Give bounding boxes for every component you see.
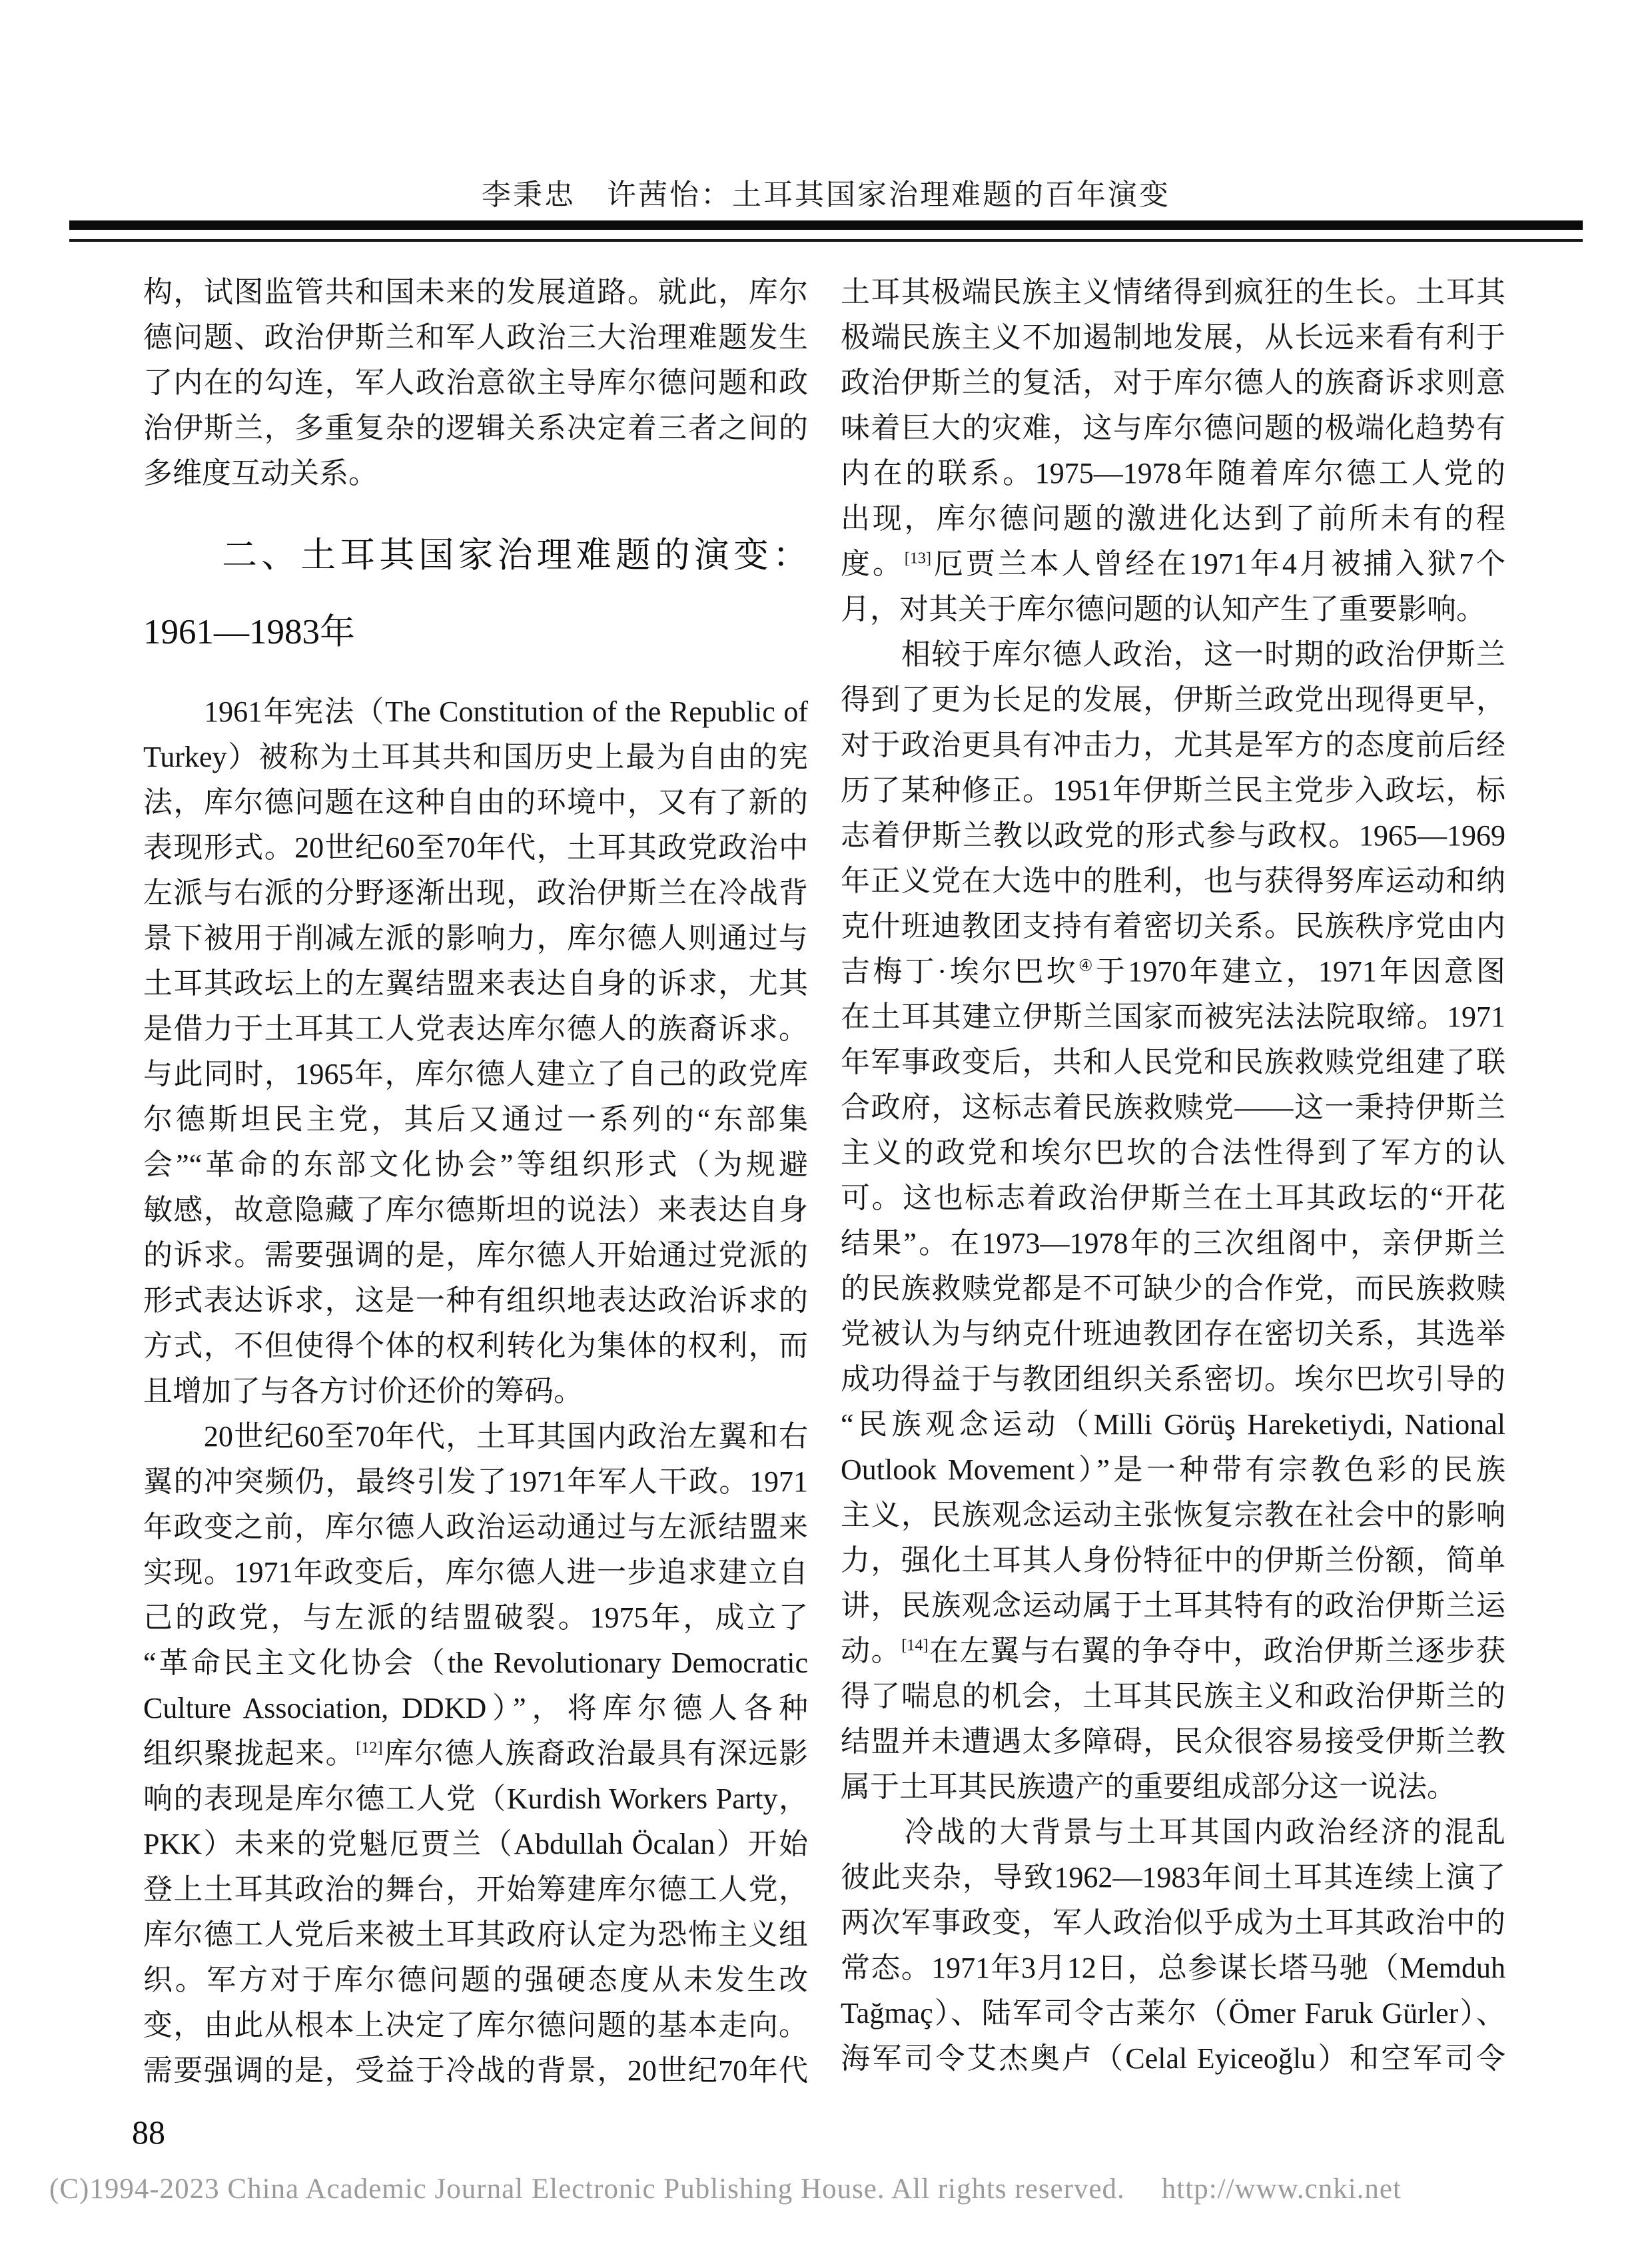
text-line: 力，强化土耳其人身份特征中的伊斯兰份额，简单 — [841, 1538, 1505, 1583]
text-line: 冷战的大背景与土耳其国内政治经济的混乱 — [841, 1810, 1505, 1855]
text-line: 得了喘息的机会，土耳其民族主义和政治伊斯兰的 — [841, 1674, 1505, 1719]
text-line: 得到了更为长足的发展，伊斯兰政党出现得更早， — [841, 677, 1505, 723]
text-line: “革命民主文化协会（the Revolutionary Democratic — [143, 1641, 808, 1686]
text-line: 方式，不但使得个体的权利转化为集体的权利，而 — [143, 1323, 808, 1369]
paragraph: 相较于库尔德人政治，这一时期的政治伊斯兰得到了更为长足的发展，伊斯兰政党出现得更… — [841, 632, 1505, 1810]
text-line: 左派与右派的分野逐渐出现，政治伊斯兰在冷战背 — [143, 871, 808, 916]
page-header-title: 李秉忠 许茜怡：土耳其国家治理难题的百年演变 — [0, 171, 1652, 213]
paragraph: 冷战的大背景与土耳其国内政治经济的混乱彼此夹杂，导致1962—1983年间土耳其… — [841, 1810, 1505, 2081]
paragraph: 1961年宪法（The Constitution of the Republic… — [143, 689, 808, 1414]
text-line: 常态。1971年3月12日，总参谋长塔马驰（Memduh — [841, 1946, 1505, 1991]
text-line: 历了某种修正。1951年伊斯兰民主党步入政坛，标 — [841, 768, 1505, 813]
text-line: Outlook Movement）”是一种带有宗教色彩的民族 — [841, 1447, 1505, 1493]
text-line: 会”“革命的东部文化协会”等组织形式（为规避 — [143, 1142, 808, 1188]
text-line: 年政变之前，库尔德人政治运动通过与左派结盟来 — [143, 1505, 808, 1550]
text-line: 极端民族主义不加遏制地发展，从长远来看有利于 — [841, 315, 1505, 360]
text-line: 是借力于土耳其工人党表达库尔德人的族裔诉求。 — [143, 1006, 808, 1052]
copyright-notice: (C)1994-2023 China Academic Journal Elec… — [49, 2173, 1125, 2205]
text-line: 且增加了与各方讨价还价的筹码。 — [143, 1369, 808, 1414]
text-line: 志着伊斯兰教以政党的形式参与政权。1965—1969 — [841, 813, 1505, 859]
text-line: 构，试图监管共和国未来的发展道路。就此，库尔 — [143, 270, 808, 315]
header-rule-thin — [69, 239, 1583, 242]
text-line: 讲，民族观念运动属于土耳其特有的政治伊斯兰运 — [841, 1583, 1505, 1629]
text-line: 内在的联系。1975—1978年随着库尔德工人党的 — [841, 451, 1505, 496]
text-line: 与此同时，1965年，库尔德人建立了自己的政党库 — [143, 1052, 808, 1097]
footer-copyright-line: (C)1994-2023 China Academic Journal Elec… — [49, 2173, 1402, 2205]
header-rule-thick — [69, 220, 1583, 230]
text-line: 年军事政变后，共和人民党和民族救赎党组建了联 — [841, 1040, 1505, 1085]
text-line: 年正义党在大选中的胜利，也与获得努库运动和纳 — [841, 859, 1505, 904]
cnki-url: http://www.cnki.net — [1162, 2173, 1402, 2205]
text-line: 织。军方对于库尔德问题的强硬态度从未发生改 — [143, 1958, 808, 2003]
footnote-marker: [14] — [901, 1636, 928, 1654]
text-line: 可。这也标志着政治伊斯兰在土耳其政坛的“开花 — [841, 1176, 1505, 1221]
text-line: PKK）未来的党魁厄贾兰（Abdullah Öcalan）开始 — [143, 1822, 808, 1867]
text-line: 属于土耳其民族遗产的重要组成部分这一说法。 — [841, 1764, 1505, 1810]
text-line: Tağmaç）、陆军司令古莱尔（Ömer Faruk Gürler）、 — [841, 1991, 1505, 2036]
paragraph: 土耳其极端民族主义情绪得到疯狂的生长。土耳其极端民族主义不加遏制地发展，从长远来… — [841, 270, 1505, 632]
text-line: 1961年宪法（The Constitution of the Republic… — [143, 689, 808, 735]
text-line: 形式表达诉求，这是一种有组织地表达政治诉求的 — [143, 1278, 808, 1323]
text-line: 治伊斯兰，多重复杂的逻辑关系决定着三者之间的 — [143, 406, 808, 451]
text-line: 彼此夹杂，导致1962—1983年间土耳其连续上演了 — [841, 1855, 1505, 1900]
text-line: 敏感，故意隐藏了库尔德斯坦的说法）来表达自身 — [143, 1188, 808, 1233]
text-line: 在土耳其建立伊斯兰国家而被宪法法院取缔。1971 — [841, 994, 1505, 1040]
paragraph: 构，试图监管共和国未来的发展道路。就此，库尔德问题、政治伊斯兰和军人政治三大治理… — [143, 270, 808, 496]
text-line: 主义，民族观念运动主张恢复宗教在社会中的影响 — [841, 1493, 1505, 1538]
text-line: 表现形式。20世纪60至70年代，土耳其政党政治中 — [143, 825, 808, 871]
text-line: 合政府，这标志着民族救赎党——这一秉持伊斯兰 — [841, 1085, 1505, 1130]
text-line: 了内在的勾连，军人政治意欲主导库尔德问题和政 — [143, 360, 808, 406]
text-line: 登上土耳其政治的舞台，开始筹建库尔德工人党， — [143, 1867, 808, 1912]
text-line: Culture Association, DDKD）”，将库尔德人各种 — [143, 1686, 808, 1731]
text-line: 党被认为与纳克什班迪教团存在密切关系，其选举 — [841, 1311, 1505, 1357]
text-line: 20世纪60至70年代，土耳其国内政治左翼和右 — [143, 1414, 808, 1459]
text-line: 度。[13]厄贾兰本人曾经在1971年4月被捕入狱7个 — [841, 542, 1505, 587]
text-line: “民族观念运动（Milli Görüş Hareketiydi, Nationa… — [841, 1402, 1505, 1447]
text-line: 克什班迪教团支持有着密切关系。民族秩序党由内 — [841, 904, 1505, 949]
text-line: 库尔德工人党后来被土耳其政府认定为恐怖主义组 — [143, 1912, 808, 1958]
right-column: 土耳其极端民族主义情绪得到疯狂的生长。土耳其极端民族主义不加遏制地发展，从长远来… — [841, 270, 1505, 2081]
text-line: 景下被用于削减左派的影响力，库尔德人则通过与 — [143, 916, 808, 961]
text-line: 主义的政党和埃尔巴坎的合法性得到了军方的认 — [841, 1130, 1505, 1176]
text-line: 法，库尔德问题在这种自由的环境中，又有了新的 — [143, 780, 808, 825]
text-line: 组织聚拢起来。[12]库尔德人族裔政治最具有深远影 — [143, 1731, 808, 1776]
footnote-marker: ④ — [1078, 956, 1096, 974]
text-line: 两次军事政变，军人政治似乎成为土耳其政治中的 — [841, 1900, 1505, 1946]
text-line: 结果”。在1973—1978年的三次组阁中，亲伊斯兰 — [841, 1221, 1505, 1266]
journal-page: 李秉忠 许茜怡：土耳其国家治理难题的百年演变 构，试图监管共和国未来的发展道路。… — [0, 0, 1652, 2242]
text-line: 多维度互动关系。 — [143, 451, 808, 496]
text-line: 海军司令艾杰奥卢（Celal Eyiceoğlu）和空军司令 — [841, 2036, 1505, 2081]
text-line: 结盟并未遭遇太多障碍，民众很容易接受伊斯兰教 — [841, 1719, 1505, 1764]
text-line: 出现，库尔德问题的激进化达到了前所未有的程 — [841, 496, 1505, 542]
text-line: 相较于库尔德人政治，这一时期的政治伊斯兰 — [841, 632, 1505, 677]
text-line: Turkey）被称为土耳其共和国历史上最为自由的宪 — [143, 735, 808, 780]
text-line: 的民族救赎党都是不可缺少的合作党，而民族救赎 — [841, 1266, 1505, 1311]
text-line: 尔德斯坦民主党，其后又通过一系列的“东部集 — [143, 1097, 808, 1142]
page-number: 88 — [132, 2113, 165, 2151]
text-line: 1961—1983年 — [143, 594, 808, 671]
text-line: 味着巨大的灾难，这与库尔德问题的极端化趋势有 — [841, 406, 1505, 451]
text-line: 的诉求。需要强调的是，库尔德人开始通过党派的 — [143, 1233, 808, 1278]
text-line: 响的表现是库尔德工人党（Kurdish Workers Party， — [143, 1776, 808, 1822]
text-line: 实现。1971年政变后，库尔德人进一步追求建立自 — [143, 1550, 808, 1595]
text-line: 翼的冲突频仍，最终引发了1971年军人干政。1971 — [143, 1459, 808, 1505]
text-line: 己的政党，与左派的结盟破裂。1975年，成立了 — [143, 1595, 808, 1641]
text-line: 二、土耳其国家治理难题的演变： — [143, 518, 808, 594]
footnote-marker: [12] — [356, 1738, 382, 1756]
text-line: 土耳其政坛上的左翼结盟来表达自身的诉求，尤其 — [143, 961, 808, 1006]
left-column: 构，试图监管共和国未来的发展道路。就此，库尔德问题、政治伊斯兰和军人政治三大治理… — [143, 270, 808, 2093]
footnote-marker: [13] — [905, 549, 931, 567]
text-line: 成功得益于与教团组织关系密切。埃尔巴坎引导的 — [841, 1357, 1505, 1402]
text-line: 动。[14]在左翼与右翼的争夺中，政治伊斯兰逐步获 — [841, 1629, 1505, 1674]
text-line: 变，由此从根本上决定了库尔德问题的基本走向。 — [143, 2003, 808, 2048]
text-line: 吉梅丁·埃尔巴坎④于1970年建立，1971年因意图 — [841, 949, 1505, 994]
text-line: 需要强调的是，受益于冷战的背景，20世纪70年代 — [143, 2048, 808, 2093]
text-line: 土耳其极端民族主义情绪得到疯狂的生长。土耳其 — [841, 270, 1505, 315]
text-line: 政治伊斯兰的复活，对于库尔德人的族裔诉求则意 — [841, 360, 1505, 406]
paragraph: 20世纪60至70年代，土耳其国内政治左翼和右翼的冲突频仍，最终引发了1971年… — [143, 1414, 808, 2093]
section-heading: 二、土耳其国家治理难题的演变：1961—1983年 — [143, 518, 808, 671]
text-line: 月，对其关于库尔德问题的认知产生了重要影响。 — [841, 587, 1505, 632]
text-line: 对于政治更具有冲击力，尤其是军方的态度前后经 — [841, 723, 1505, 768]
text-line: 德问题、政治伊斯兰和军人政治三大治理难题发生 — [143, 315, 808, 360]
